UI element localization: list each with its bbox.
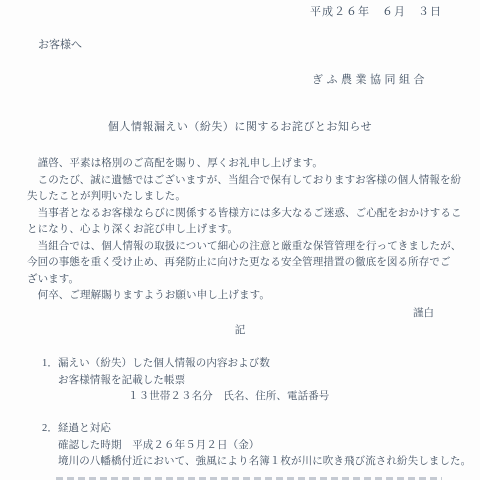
- record-marker: 記: [0, 323, 480, 340]
- section-heading: 2．経過と対応: [42, 421, 460, 438]
- section-line: １３世帯２３名分 氏名、住所、電話番号: [42, 389, 460, 406]
- body-line: 今回の事態を重く受け止め、再発防止に向けた更なる安全管理措置の徹底を図る所存でご: [27, 255, 460, 272]
- body-line: 当組合では、個人情報の取扱について細心の注意と厳重な保管管理を行ってきましたが、: [27, 239, 460, 256]
- section-leaked-info: 1．漏えい（紛失）した個人情報の内容および数 お客様情報を記載した帳票 １３世帯…: [42, 356, 460, 406]
- section-line: 境川の八幡橋付近において、強風により名簿１枚が川に吹き飛び流され紛失しました。: [42, 454, 460, 471]
- closing-salutation: 謹白: [413, 306, 434, 323]
- sender-organization: ぎふ農業協同組合: [312, 72, 428, 89]
- section-heading: 1．漏えい（紛失）した個人情報の内容および数: [42, 356, 460, 373]
- body-line: 何卒、ご理解賜りますようお願い申し上げます。: [27, 288, 460, 305]
- section-line: 確認した時期 平成２６年５月２日（金）: [42, 438, 460, 455]
- recipient-line: お客様へ: [38, 37, 82, 54]
- document-title: 個人情報漏えい（紛失）に関するお詫びとお知らせ: [0, 119, 480, 136]
- letter-body: 謹啓、平素は格別のご高配を賜り、厚くお礼申し上げます。 このたび、誠に遺憾ではご…: [27, 156, 460, 305]
- body-line: 失したことが判明いたしました。: [27, 189, 460, 206]
- section-line: お客様情報を記載した帳票: [42, 373, 460, 390]
- document-page: 平成２６年 ６月 ３日 お客様へ ぎふ農業協同組合 個人情報漏えい（紛失）に関す…: [0, 0, 480, 480]
- section-timeline-response: 2．経過と対応 確認した時期 平成２６年５月２日（金） 境川の八幡橋付近において…: [42, 421, 460, 471]
- body-line: とになり、心より深くお詫び申し上げます。: [27, 222, 460, 239]
- body-line: このたび、誠に遺憾ではございますが、当組合で保有しておりますお客様の個人情報を紛: [27, 173, 460, 190]
- body-line: 当事者となるお客様ならびに関係する皆様方には多大なるご迷惑、ご心配をおかけするこ: [27, 206, 460, 223]
- body-line: ざいます。: [27, 272, 460, 289]
- body-line: 謹啓、平素は格別のご高配を賜り、厚くお礼申し上げます。: [27, 156, 460, 173]
- document-date: 平成２６年 ６月 ３日: [310, 4, 442, 21]
